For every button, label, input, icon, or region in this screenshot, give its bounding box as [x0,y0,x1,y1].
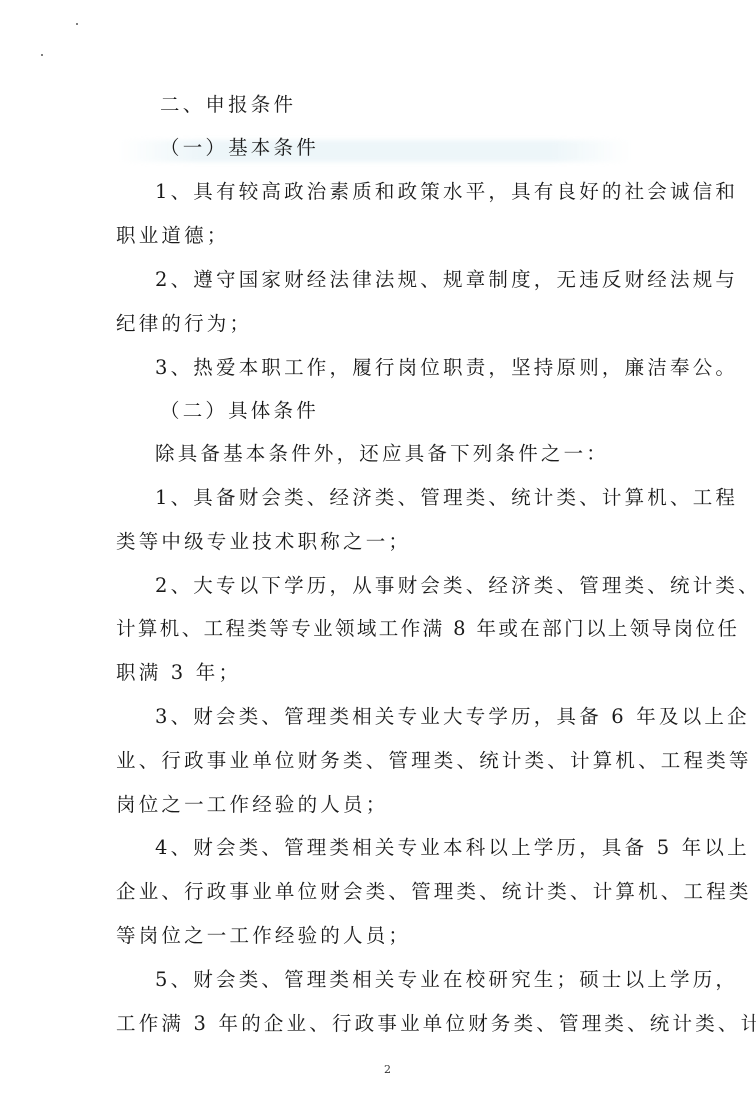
specific-item-5-line-2: 工作满 3 年的企业、行政事业单位财务类、管理类、统计类、计 [116,1012,756,1036]
specific-item-3-line-3: 岗位之一工作经验的人员； [116,793,388,817]
document-page: 二、申报条件 （一）基本条件 1、具有较高政治素质和政策水平，具有良好的社会诚信… [0,0,756,1097]
subsection-title-basic: （一）基本条件 [160,136,319,160]
basic-item-1-line-2: 职业道德； [116,224,230,248]
specific-intro: 除具备基本条件外，还应具备下列条件之一： [155,442,609,466]
basic-item-2-line-2: 纪律的行为； [116,312,252,336]
scan-speck [76,23,78,25]
specific-item-5-line-1: 5、财会类、管理类相关专业在校研究生；硕士以上学历， [155,968,738,992]
scan-speck [41,54,43,56]
section-heading: 二、申报条件 [160,93,296,117]
basic-item-2-line-1: 2、遵守国家财经法律法规、规章制度，无违反财经法规与 [155,268,738,292]
specific-item-3-line-2: 业、行政事业单位财务类、管理类、统计类、计算机、工程类等 [116,749,752,773]
specific-item-4-line-2: 企业、行政事业单位财会类、管理类、统计类、计算机、工程类 [116,880,752,904]
specific-item-4-line-3: 等岗位之一工作经验的人员； [116,924,411,948]
subsection-title-specific: （二）具体条件 [160,399,319,423]
page-number: 2 [384,1063,391,1076]
specific-item-1-line-1: 1、具备财会类、经济类、管理类、统计类、计算机、工程 [155,486,738,510]
specific-item-2-line-2: 计算机、工程类等专业领域工作满 8 年或在部门以上领导岗位任 [116,617,739,641]
basic-item-1-line-1: 1、具有较高政治素质和政策水平，具有良好的社会诚信和 [155,180,738,204]
specific-item-2-line-1: 2、大专以下学历，从事财会类、经济类、管理类、统计类、 [155,574,756,598]
basic-item-3-line-1: 3、热爱本职工作，履行岗位职责，坚持原则，廉洁奉公。 [155,356,738,380]
specific-item-1-line-2: 类等中级专业技术职称之一； [116,530,411,554]
specific-item-4-line-1: 4、财会类、管理类相关专业本科以上学历，具备 5 年以上 [155,836,750,860]
specific-item-2-line-3: 职满 3 年； [116,661,241,685]
specific-item-3-line-1: 3、财会类、管理类相关专业大专学历，具备 6 年及以上企 [155,705,750,729]
